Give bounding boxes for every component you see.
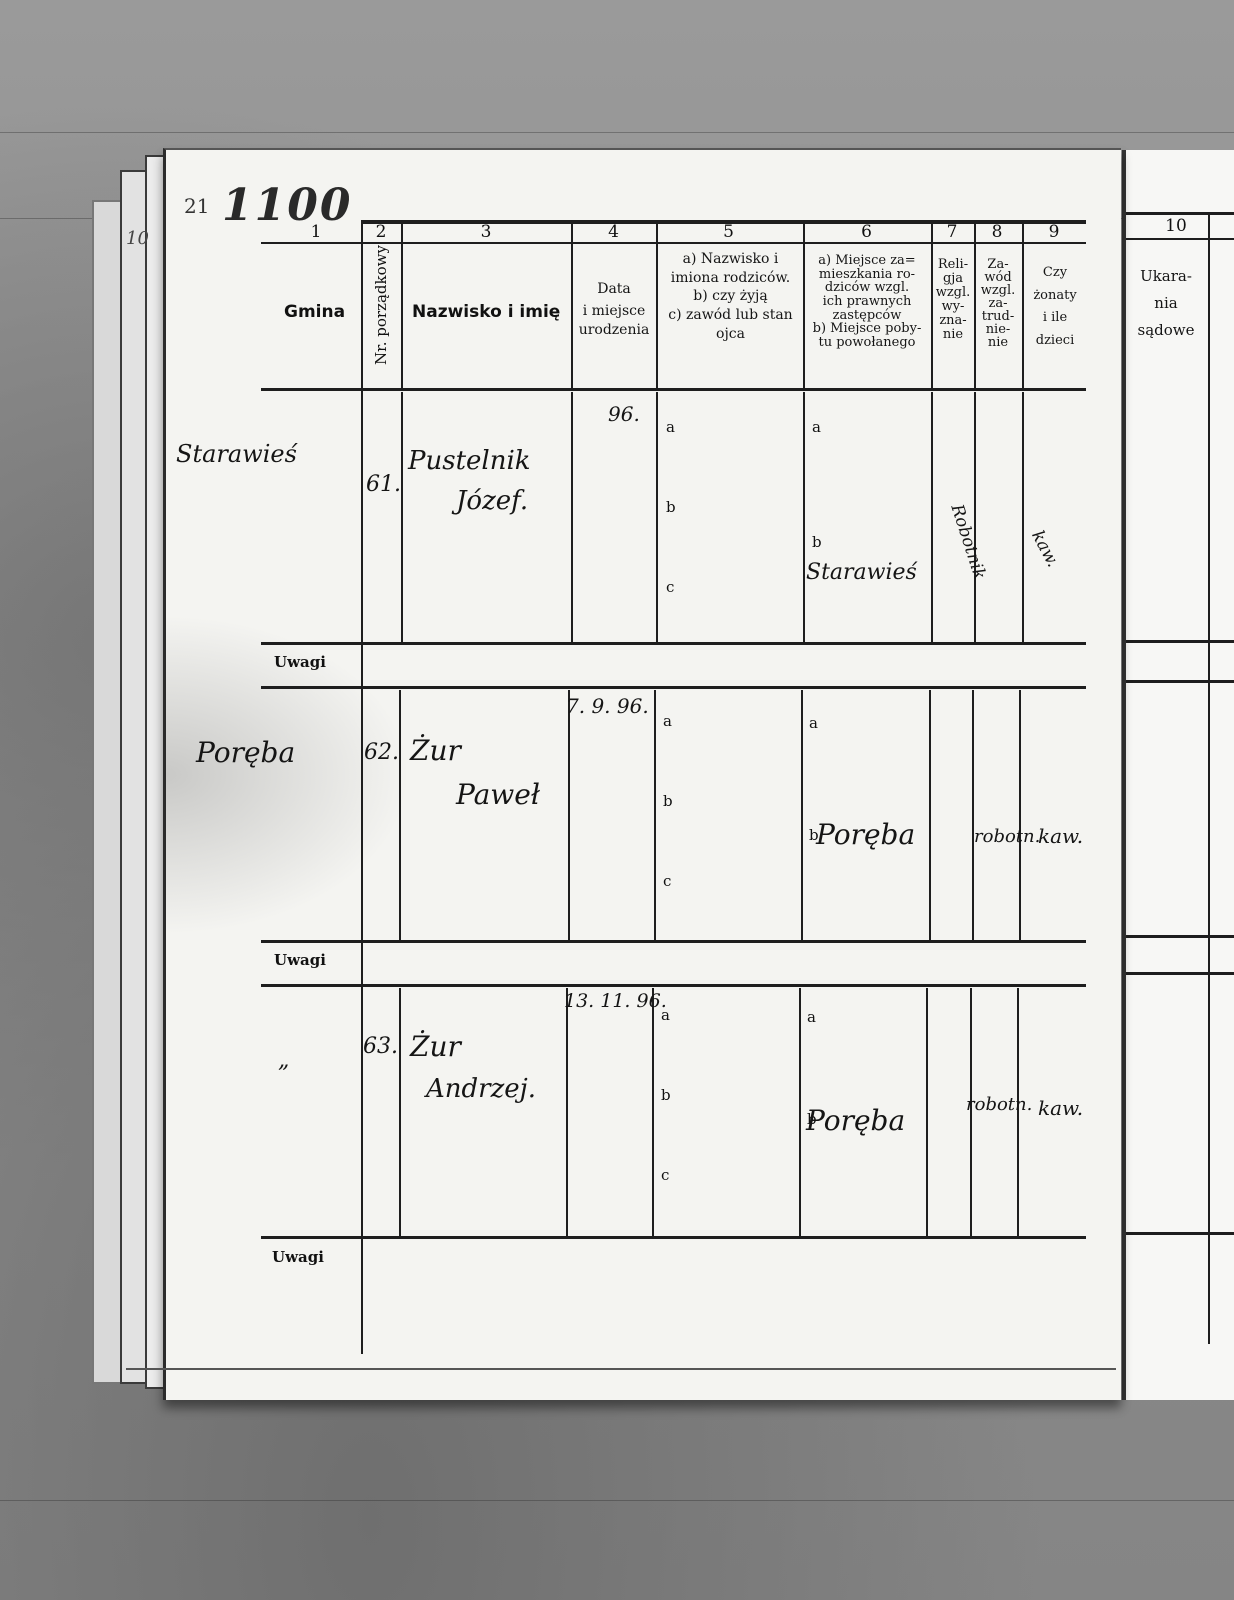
sub-label-c: c [663,872,671,890]
column-number-3: 3 [406,222,566,242]
rule [1126,1232,1234,1235]
uwagi-label: Uwagi [272,1248,324,1266]
surname-value: Żur [410,1030,461,1063]
register-page: 21 1100 1 2 3 4 5 6 7 8 9 Gmina Nr. porz… [163,148,1121,1400]
sub-label-a: a [663,712,672,730]
column-divider [1022,392,1024,642]
column-number-2: 2 [361,222,401,242]
header-number-rule [261,242,1086,244]
column-divider [568,690,570,940]
sub-label-a: a [809,714,818,732]
uwagi-field-62 [366,946,1086,976]
rule [1126,238,1234,240]
column-number-5: 5 [656,222,801,242]
column-header-religja: Reli- gja wzgl. wy- zna- nie [932,258,974,342]
uwagi-bottom-rule [261,984,1086,987]
uwagi-field-61 [366,650,1086,680]
column-divider [399,690,401,940]
column-divider [656,392,658,642]
column-number-9: 9 [1022,222,1086,242]
column-number-8: 8 [974,222,1020,242]
page-bottom-edge [126,1368,1116,1370]
column-number-1: 1 [276,222,356,242]
occupation-value: Robotnik [946,502,989,582]
married-value: kaw. [1038,1096,1083,1120]
row-bottom-rule [261,940,1086,943]
uwagi-field-63 [366,1244,1086,1274]
column-header-nazwisko: Nazwisko i imię [412,302,560,322]
column-divider [401,392,403,642]
column-divider [972,690,974,940]
column-divider [1208,214,1210,1344]
column-header-zonaty: Czy żonaty i ile dzieci [1023,266,1087,348]
column-header-zawod: Za- wód wzgl. za- trud- nie- nie [975,258,1021,349]
column-divider [799,988,801,1238]
residence-b-value: Poręba [806,1104,905,1137]
sub-label-c: c [661,1166,669,1184]
column-divider [931,392,933,642]
row-bottom-rule [261,642,1086,645]
gmina-value: „ [278,1048,289,1073]
sub-label-b: b [663,792,673,810]
surname-value: Żur [410,734,461,767]
sub-label-b: b [812,533,822,551]
married-value: kaw. [1027,527,1063,570]
uwagi-label: Uwagi [274,951,326,969]
column-header-rodzice: a) Nazwisko i imiona rodziców. b) czy ży… [658,252,803,342]
adjacent-page: 10 Ukara- nia sądowe [1122,150,1234,1400]
surname-value: Pustelnik [408,446,531,476]
column-divider [974,392,976,642]
column-divider [929,690,931,940]
sub-label-b: b [661,1086,671,1104]
birth-date-value: 96. [608,402,640,426]
column-header-gmina: Gmina [284,302,345,322]
gmina-value: Starawieś [176,440,297,468]
column-divider [401,224,403,388]
column-header-ukarania: Ukara- nia sądowe [1126,268,1206,338]
sub-label-c: c [666,578,674,596]
column-divider [652,988,654,1238]
column-divider [361,224,363,1354]
nr-value: 62. [364,740,399,765]
sub-label-a: a [666,418,675,436]
row-bottom-rule [261,1236,1086,1239]
column-divider [801,690,803,940]
header-bottom-rule [261,388,1086,391]
nr-value: 61. [366,472,401,497]
given-name-value: Andrzej. [426,1074,536,1104]
birth-date-value: 7. 9. 96. [566,694,649,718]
rule [1126,212,1234,215]
scan-artifact-line [0,132,1234,133]
residence-b-value: Poręba [816,818,915,851]
margin-note: 21 [184,194,209,218]
married-value: kaw. [1038,824,1083,848]
column-number-4: 4 [571,222,656,242]
column-header-nr-porzadkowy: Nr. porządkowy [372,245,390,365]
given-name-value: Józef. [456,486,528,516]
column-number-6: 6 [803,222,930,242]
column-divider [571,392,573,642]
column-divider [566,988,568,1238]
column-divider [1019,690,1021,940]
rule [1126,972,1234,975]
residence-b-value: Starawieś [806,560,917,585]
column-divider [654,690,656,940]
column-number-7: 7 [931,222,973,242]
behind-page-note: 10 [126,228,149,249]
birth-date-value: 13. 11. 96. [564,990,667,1012]
column-divider [803,392,805,642]
gmina-value: Poręba [196,736,295,769]
given-name-value: Paweł [456,778,540,811]
uwagi-label: Uwagi [274,653,326,671]
rule [1126,680,1234,683]
sub-label-b: b [666,498,676,516]
column-number-10: 10 [1136,216,1216,236]
occupation-value: robotn. [974,826,1040,847]
sub-label-a: a [812,418,821,436]
scan-artifact-line [0,1500,1234,1501]
sub-label-a: a [661,1006,670,1024]
column-divider [926,988,928,1238]
column-header-data: Data i miejsce urodzenia [573,282,655,339]
uwagi-bottom-rule [261,686,1086,689]
occupation-value: robotn. [966,1094,1032,1115]
rule [1126,640,1234,643]
nr-value: 63. [363,1034,398,1059]
rule [1126,935,1234,938]
column-divider [399,988,401,1238]
column-header-miejsce: a) Miejsce za= mieszkania ro- dziców wzg… [803,254,931,349]
sub-label-a: a [807,1008,816,1026]
